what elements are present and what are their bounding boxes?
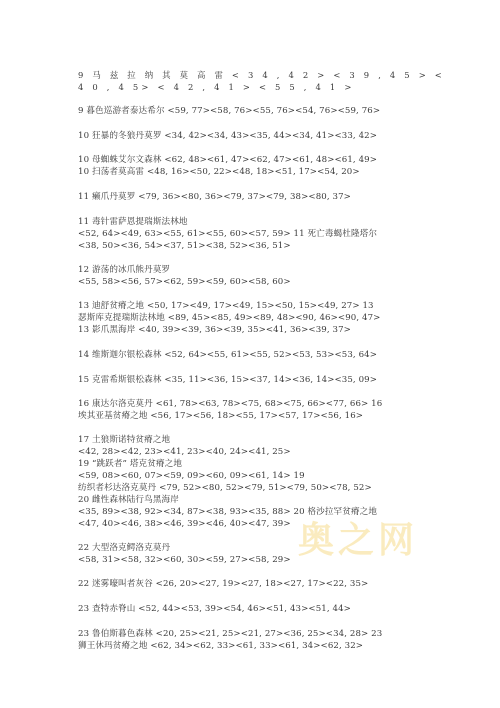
text-line: 13 影爪黑海岸 <40, 39><39, 36><39, 35><41, 36…: [78, 324, 351, 336]
text-line: 12 游荡的冰爪熊丹莫罗: [78, 264, 170, 276]
text-line: 瑟斯库克提瑞斯法林地 <89, 45><85, 49><89, 48><90, …: [78, 312, 380, 324]
text-line: <58, 31><58, 32><60, 30><59, 27><58, 29>: [78, 554, 291, 566]
text-line: 11 毒针雷萨恩提瑞斯法林地: [78, 216, 188, 228]
text-line: 埃其亚基贫瘠之地 <56, 17><56, 18><55, 17><57, 17…: [78, 410, 363, 422]
text-line: 11 癞爪丹莫罗 <79, 36><80, 36><79, 37><79, 38…: [78, 191, 351, 203]
text-line: 20 雌性森林陆行鸟黑海岸: [78, 494, 179, 506]
text-line: 10 扫荡者莫高雷 <48, 16><50, 22><48, 18><51, 1…: [78, 166, 360, 178]
text-line: 14 维斯迦尔银松森林 <52, 64><55, 61><55, 52><53,…: [78, 349, 377, 361]
text-line: 13 迪舒贫瘠之地 <50, 17><49, 17><49, 15><50, 1…: [78, 300, 374, 312]
text-line: 4 0 , 4 5> < 4 2 , 4 1 > < 5 5 , 4 1 >: [78, 81, 355, 93]
text-line: 10 狂暴的冬狼丹莫罗 <34, 42><34, 43><35, 44><34,…: [78, 130, 377, 142]
text-line: 9 暮色巡游者泰达希尔 <59, 77><58, 76><55, 76><54,…: [78, 105, 380, 117]
text-line: 23 查特赤脊山 <52, 44><53, 39><54, 46><51, 43…: [78, 603, 351, 615]
text-line: 10 母蜘蛛艾尔文森林 <62, 48><61, 47><62, 47><61,…: [78, 154, 377, 166]
text-line: 16 康达尔洛克莫丹 <61, 78><63, 78><75, 68><75, …: [78, 398, 382, 410]
text-line: 9 马 兹 拉 纳 其 莫 高 雷 < 3 4 , 4 2 > < 3 9 , …: [78, 69, 445, 81]
text-line: <59, 08><60, 07><59, 09><60, 09><61, 14>…: [78, 470, 305, 482]
text-line: <47, 40><46, 38><46, 39><46, 40><47, 39>: [78, 518, 291, 530]
text-line: <55, 58><56, 57><62, 59><59, 60><58, 60>: [78, 276, 291, 288]
text-line: 19 “跳跃者” 塔克贫瘠之地: [78, 458, 182, 470]
text-line: <42, 28><42, 23><41, 23><40, 24><41, 25>: [78, 446, 291, 458]
text-line: <52, 64><49, 63><55, 61><55, 60><57, 59>…: [78, 228, 377, 240]
watermark-logo: 奥之网: [298, 512, 418, 563]
text-line: 15 克雷希斯银松森林 <35, 11><36, 15><37, 14><36,…: [78, 374, 377, 386]
text-line: 22 大型洛克鳄洛克莫丹: [78, 542, 170, 554]
text-line: 23 鲁伯斯暮色森林 <20, 25><21, 25><21, 27><36, …: [78, 628, 382, 640]
text-line: 狮王休玛贫瘠之地 <62, 34><62, 33><61, 33><61, 34…: [78, 640, 363, 652]
text-line: 17 土狼斯诺特贫瘠之地: [78, 434, 170, 446]
text-line: 22 迷雾嚎叫者灰谷 <26, 20><27, 19><27, 18><27, …: [78, 578, 368, 590]
text-line: <38, 50><36, 54><37, 51><38, 52><36, 51>: [78, 240, 291, 252]
text-line: 纺织者杉达洛克莫丹 <79, 52><80, 52><79, 51><79, 5…: [78, 482, 372, 494]
